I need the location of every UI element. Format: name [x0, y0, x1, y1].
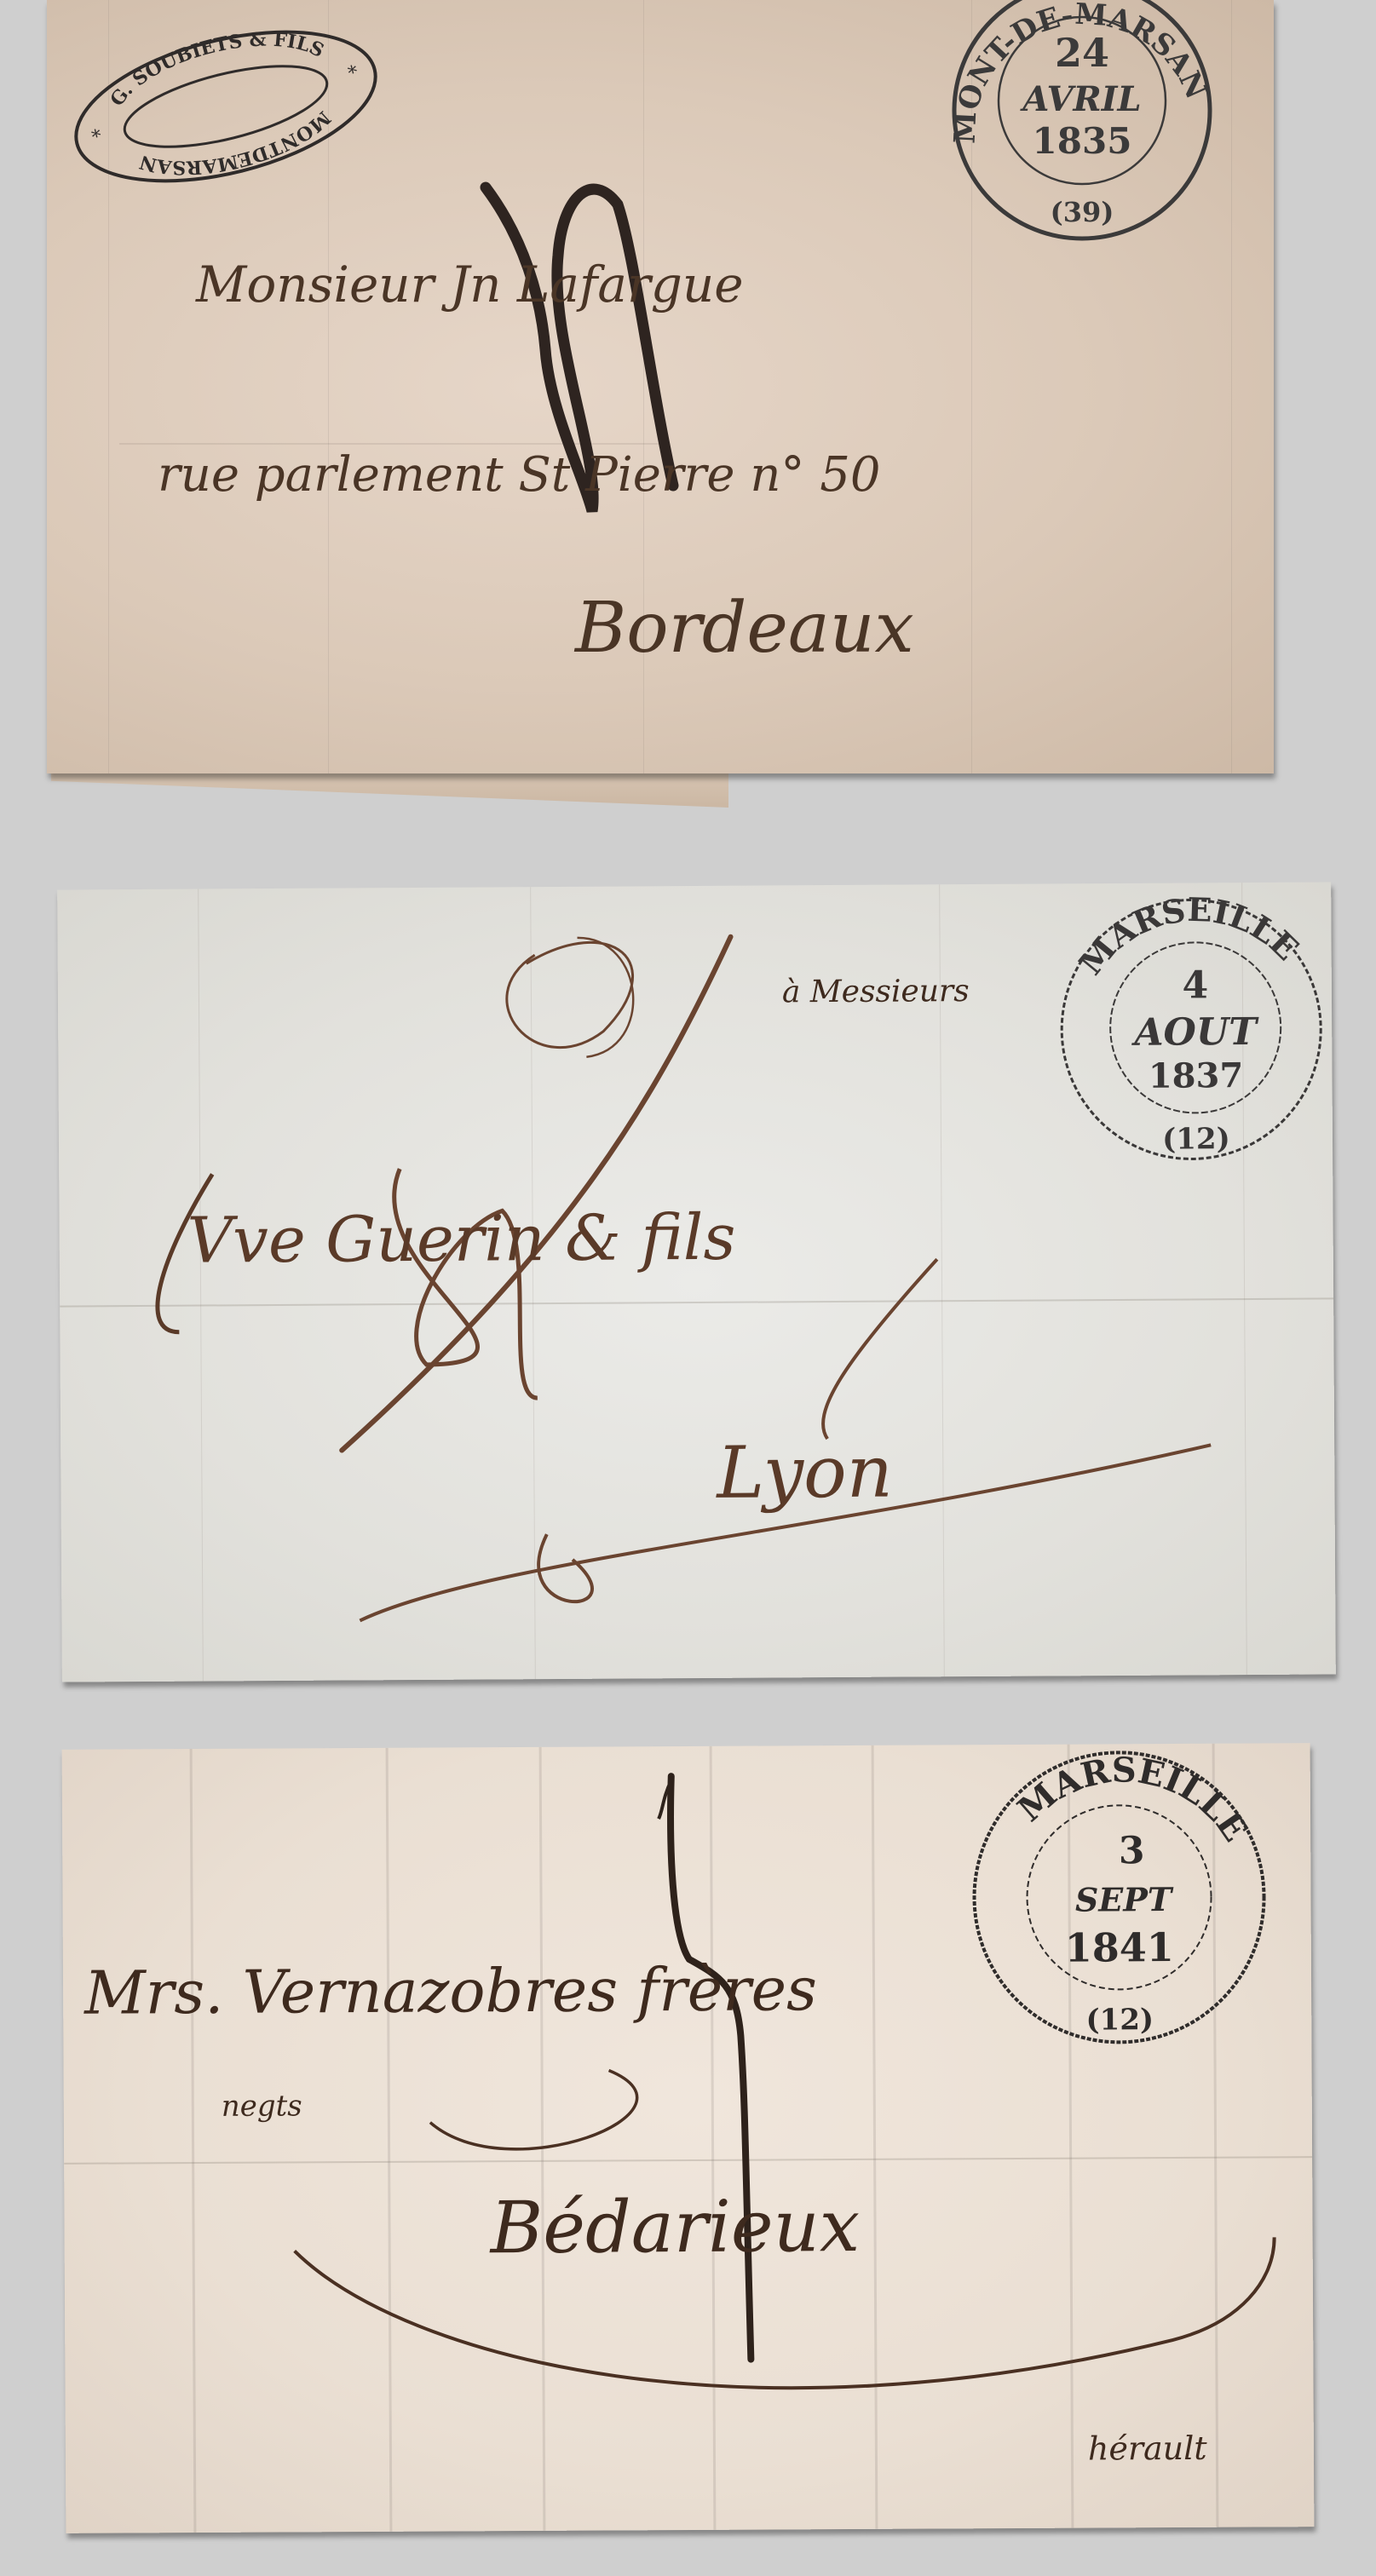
address-line-3: Lyon	[717, 1430, 893, 1515]
postmark-dept: (39)	[1051, 196, 1114, 228]
address-line-1: Monsieur Jn Lafargue	[196, 256, 744, 313]
postmark-month: AVRIL	[1019, 79, 1141, 119]
address-line-2: rue parlement St Pierre n° 50	[158, 447, 880, 503]
postmark-year: 1835	[1033, 120, 1132, 162]
cover-2: MARSEILLE 4 AOUT 1837 (12) à Messieurs V…	[57, 882, 1336, 1682]
address-line-4: hérault	[1088, 2429, 1207, 2468]
cover-1: MONTDEMARSAN G. SOUBIETS & FILS * * MONT…	[47, 0, 1274, 773]
postmark-mont-de-marsan: MONT-DE-MARSAN 24 AVRIL 1835 (39)	[946, 0, 1218, 247]
cover-3: MARSEILLE 3 SEPT 1841 (12) Mrs. Vernazob…	[62, 1743, 1315, 2533]
rating-mark-1-and-flourishes	[62, 1743, 1315, 2533]
address-line-2: Vve Guerin & fils	[187, 1201, 735, 1278]
oval-cachet: MONTDEMARSAN G. SOUBIETS & FILS * *	[55, 0, 396, 215]
svg-text:*: *	[346, 62, 360, 85]
address-line-3: Bordeaux	[575, 588, 914, 669]
address-line-1: à Messieurs	[782, 974, 970, 1009]
rating-mark-4-and-flourishes	[57, 882, 1336, 1682]
postmark-day: 24	[1055, 30, 1109, 76]
address-line-3: Bédarieux	[490, 2184, 860, 2269]
svg-text:G. SOUBIETS & FILS: G. SOUBIETS & FILS	[98, 9, 332, 114]
svg-text:*: *	[89, 126, 104, 149]
cachet-text-bottom: G. SOUBIETS & FILS	[98, 9, 332, 114]
address-line-1: Mrs. Vernazobres frères	[84, 1954, 817, 2028]
address-line-2: negts	[222, 2089, 302, 2123]
